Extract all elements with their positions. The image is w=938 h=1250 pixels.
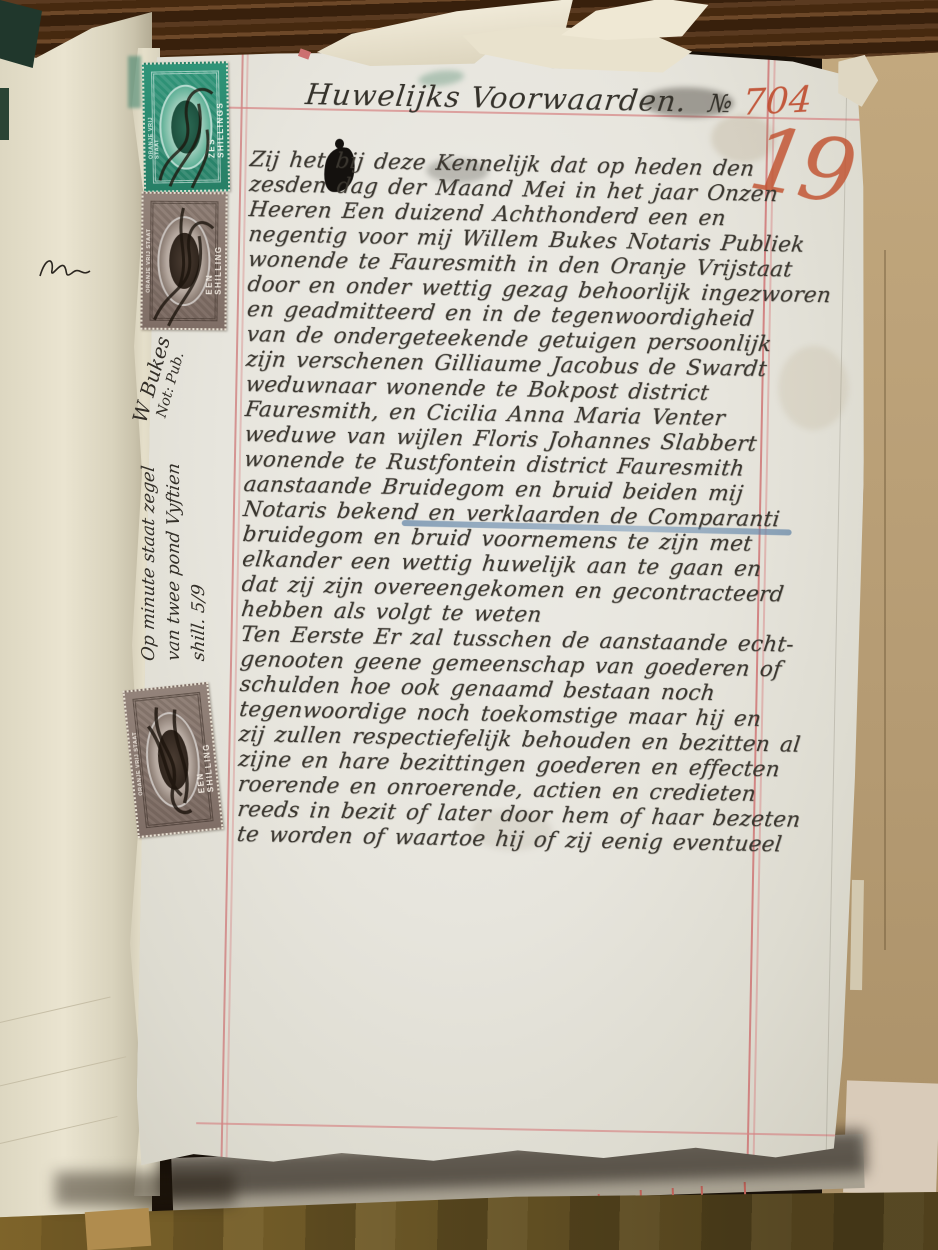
book-bottom-cover: [85, 1208, 151, 1250]
folder-edge-line: [884, 250, 886, 950]
document-title: Huwelijks Voorwaarden.: [304, 77, 689, 118]
revenue-stamp-zes-shillings: ZES SHILLINGS ORANJE VRIJ STAAT: [140, 59, 232, 195]
pen-cancellation: [120, 680, 225, 841]
torn-paper-sliver: [850, 880, 864, 990]
pen-cancellation: [138, 190, 229, 333]
book-page-stack: [0, 0, 152, 1250]
handwritten-text-block: Zij het bij deze Kennelijk dat op heden …: [235, 147, 832, 858]
ink-squiggle: [36, 248, 96, 286]
document-title-row: Huwelijks Voorwaarden. № 704: [303, 72, 814, 123]
number-label: №: [707, 89, 734, 118]
pen-cancellation: [140, 59, 232, 195]
revenue-stamp-een-shilling-2: EEN SHILLING ORANJE VRIJ STAAT: [120, 680, 225, 841]
margin-note-line: shill. 5/9: [187, 329, 212, 663]
page-edge-line: [0, 1116, 118, 1145]
page-edge-line: [0, 997, 111, 1025]
book-bottom-shadow: [55, 1172, 235, 1206]
margin-note: Op minute staat zegel van twee pond Vyft…: [137, 331, 249, 661]
photo-of-notarial-deed: Huwelijks Voorwaarden. № 704 19 Zij het …: [0, 0, 938, 1250]
page-edge-line: [0, 1056, 126, 1088]
book-cover-edge: [0, 88, 9, 140]
revenue-stamp-een-shilling-1: EEN SHILLING ORANJE VRIJ STAAT: [138, 190, 229, 333]
